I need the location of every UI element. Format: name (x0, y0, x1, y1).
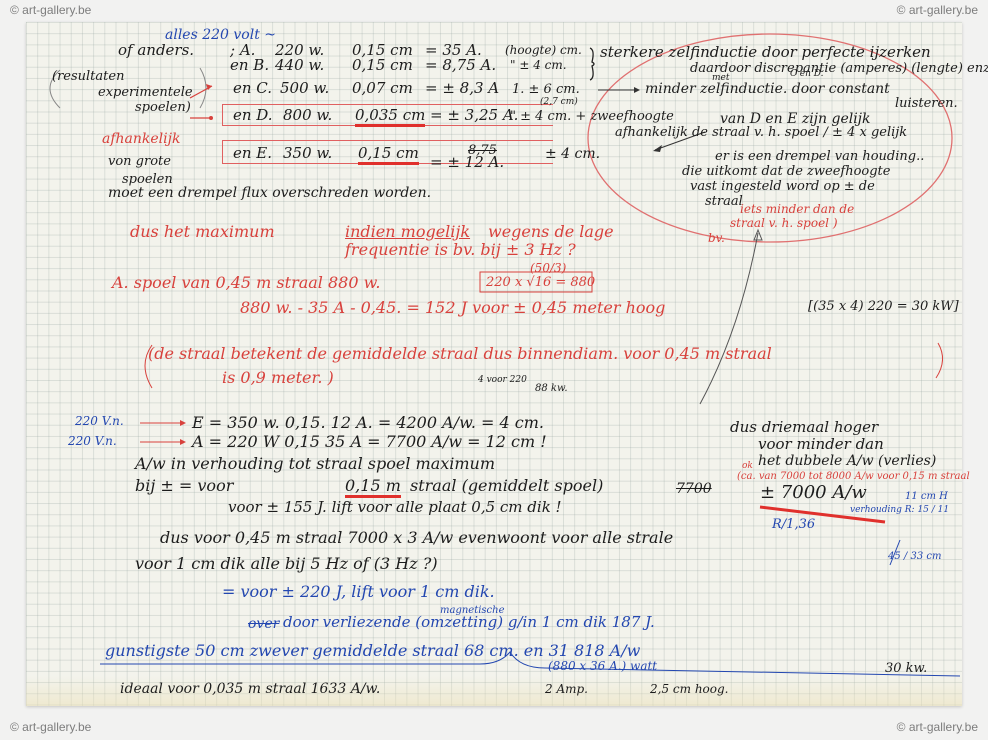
blue-note-4: 45 / 33 cm (888, 552, 941, 562)
row-d-subnote: (2,7 cm) (540, 98, 578, 107)
blue-line-2: door verliezende (omzetting) g/in 1 cm d… (283, 615, 655, 630)
blue-note-3: R/1,36 (772, 518, 815, 531)
brace-line4: luisteren. (895, 97, 958, 110)
red-line-1-pre: dus het maximum (130, 224, 275, 240)
right-red-3: bv. (708, 232, 725, 244)
watermark-bottom-left: © art-gallery.be (10, 720, 91, 734)
small-note-2: 88 kw. (535, 384, 568, 394)
bracket-formula: [(35 x 4) 220 = 30 kW] (808, 300, 959, 313)
row-d-thick: 0,035 cm (355, 108, 425, 127)
row-e-amps: = ± 12 A. (430, 155, 504, 170)
watermark-bottom-right: © art-gallery.be (897, 720, 978, 734)
calc-line-4-pre: bij ± = voor (135, 478, 233, 494)
resultaten-line1: (resultaten (52, 70, 124, 83)
right-note-5: vast ingesteld word op ± de (690, 180, 875, 193)
row-e-note: ± 4 cm. (545, 147, 600, 161)
blue-note-1: 11 cm H (905, 492, 948, 502)
calc-line-4-struck: 7700 (676, 482, 712, 496)
red-box-sup: (50/3) (530, 262, 566, 274)
row-c-thick: 0,07 cm (352, 81, 413, 96)
row-e-watts: 350 w. (283, 146, 332, 161)
blue-line-3: gunstigste 50 cm zwever gemiddelde straa… (105, 643, 640, 659)
brace-line2: daardoor discrepantie (amperes) (lengte)… (690, 62, 988, 75)
resultaten-line2: experimentele (98, 86, 193, 99)
right-note-2: afhankelijk de straal v. h. spoel / ± 4 … (615, 126, 907, 139)
calc-line-5: voor ± 155 J. lift voor alle plaat 0,5 c… (228, 500, 562, 515)
watermark-top-right: © art-gallery.be (897, 3, 978, 17)
row-c-watts: 500 w. (280, 81, 329, 96)
blue-label-2: 220 V.n. (68, 435, 117, 447)
row-b-note: " ± 4 cm. (510, 59, 567, 71)
row-d-watts: 800 w. (283, 108, 332, 123)
calc-line-7: voor 1 cm dik alle bij 5 Hz of (3 Hz ?) (135, 556, 438, 572)
red-line-1-post: wegens de lage (488, 224, 614, 240)
blue-note-2: verhouding R: 15 / 11 (850, 506, 949, 515)
blue-line-3-sub: (880 x 36 A.) watt (548, 660, 657, 672)
row-d-label: en D. (233, 108, 273, 123)
row-c-label: en C. (233, 81, 272, 96)
red-line-5: (de straal betekent de gemiddelde straal… (148, 346, 772, 362)
calc-line-4-value: ± 7000 A/w (760, 484, 867, 502)
header-note: alles 220 volt ~ (165, 28, 276, 42)
kw-note: 30 kw. (885, 662, 927, 675)
right-note-4: die uitkomt dat de zweefhoogte (682, 165, 890, 178)
calc-line-4-ul: 0,15 m (345, 478, 401, 498)
right-calc-2: voor minder dan (758, 437, 884, 452)
resultaten-line3: spoelen) (135, 101, 191, 114)
row-b-amps: = 8,75 A. (425, 58, 496, 73)
afhankelijk-note: afhankelijk (102, 132, 180, 146)
brace-line3: minder zelfinductie. door constant (645, 82, 890, 96)
calc-line-4-post: straal (gemiddelt spoel) (410, 478, 603, 494)
right-calc-red-sup: ok (742, 462, 753, 471)
right-calc-red: (ca. van 7000 tot 8000 A/w voor 0,15 m s… (737, 472, 970, 482)
red-line-6: is 0,9 meter. ) (222, 370, 334, 386)
bottom-height: 2,5 cm hoog. (650, 683, 729, 695)
blue-line-2-struck: over (248, 617, 279, 631)
blue-line-1: = voor ± 220 J, lift voor 1 cm dik. (222, 584, 495, 600)
calc-line-3: A/w in verhouding tot straal spoel maxim… (135, 456, 495, 472)
row-e-thick: 0,15 cm (358, 146, 419, 165)
right-calc-1: dus driemaal hoger (730, 420, 878, 435)
red-box-formula: 220 x √16 = 880 (486, 276, 595, 289)
row-d-note: " ± 4 cm. + zweefhoogte (510, 110, 674, 123)
row-c-amps: = ± 8,3 A (425, 81, 499, 96)
right-red-1: iets minder dan de (740, 203, 854, 215)
red-line-3: A. spoel van 0,45 m straal 880 w. (112, 275, 381, 291)
right-note-1: van D en E zijn gelijk (720, 112, 871, 126)
red-line-2: frequentie is bv. bij ± 3 Hz ? (345, 242, 576, 258)
calc-line-6: dus voor 0,45 m straal 7000 x 3 A/w even… (160, 530, 673, 546)
bottom-amp: 2 Amp. (545, 683, 588, 695)
row-c-note: 1. ± 6 cm. (512, 83, 580, 96)
row-e-label: en E. (233, 146, 272, 161)
row-d-amps: = ± 3,25 A. (430, 108, 518, 123)
row-a-note: (hoogte) cm. (505, 44, 582, 56)
of-anders: of anders. (118, 43, 194, 58)
brace-line1: sterkere zelfinductie door perfecte ijze… (600, 45, 931, 60)
watermark-top-left: © art-gallery.be (10, 3, 91, 17)
row-b-watts: 440 w. (275, 58, 324, 73)
row-b-thick: 0,15 cm (352, 58, 413, 73)
brace-line3-sup: C en D. (790, 70, 824, 79)
calc-line-1: E = 350 w. 0,15. 12 A. = 4200 A/w. = 4 c… (192, 415, 544, 431)
von-grote: von grote (108, 155, 171, 168)
right-calc-3: het dubbele A/w (verlies) (758, 454, 936, 468)
calc-line-2: A = 220 W 0,15 35 A = 7700 A/w = 12 cm ! (192, 434, 547, 450)
right-note-3: er is een drempel van houding.. (715, 150, 924, 163)
red-line-4: 880 w. - 35 A - 0,45. = 152 J voor ± 0,4… (240, 300, 665, 316)
right-note-6: straal (705, 195, 743, 208)
bottom-ideal: ideaal voor 0,035 m straal 1633 A/w. (120, 682, 380, 696)
blue-label-1: 220 V.n. (75, 415, 124, 427)
small-note-1: 4 voor 220 (478, 376, 527, 385)
moet-drempel: moet een drempel flux overschreden worde… (108, 186, 431, 200)
red-line-1-ul: indien mogelijk (345, 224, 470, 240)
row-b-label: en B. (230, 58, 269, 73)
right-red-2: straal v. h. spoel ) (730, 217, 838, 229)
